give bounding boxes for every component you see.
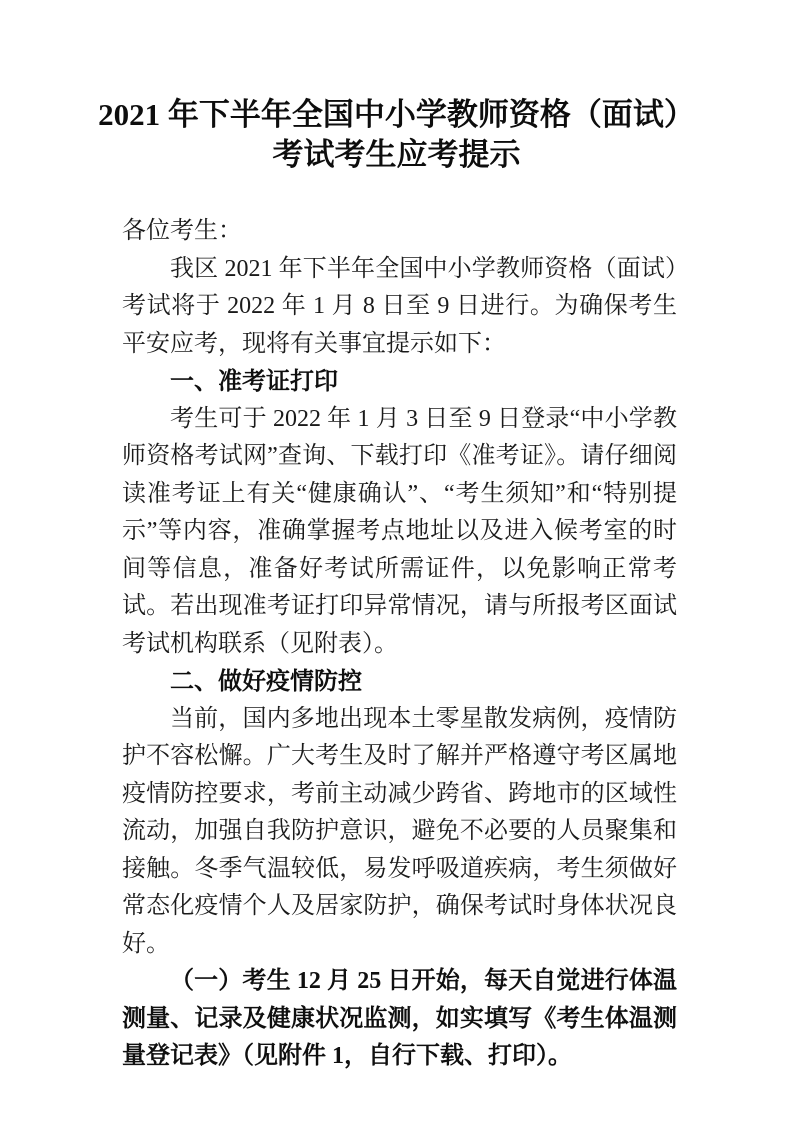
salutation: 各位考生： [122,213,677,251]
document-title-line2: 考试考生应考提示 [0,135,793,175]
section-2-paragraph-1: 当前，国内多地出现本土零星散发病例，疫情防护不容松懈。广大考生及时了解并严格遵守… [122,701,677,964]
section-1-paragraph-1: 考生可于 2022 年 1 月 3 日至 9 日登录“中小学教师资格考试网”查询… [122,401,677,664]
section-2-paragraph-2-emphasized: （一）考生 12 月 25 日开始，每天自觉进行体温测量、记录及健康状况监测，如… [122,963,677,1076]
section-heading-1: 一、准考证打印 [122,363,677,401]
document-body: 各位考生： 我区 2021 年下半年全国中小学教师资格（面试）考试将于 2022… [122,213,677,1076]
section-heading-2: 二、做好疫情防控 [122,663,677,701]
document-title: 2021 年下半年全国中小学教师资格（面试） 考试考生应考提示 [0,0,793,175]
document-title-line1: 2021 年下半年全国中小学教师资格（面试） [0,95,793,135]
intro-paragraph: 我区 2021 年下半年全国中小学教师资格（面试）考试将于 2022 年 1 月… [122,251,677,364]
document-page: 2021 年下半年全国中小学教师资格（面试） 考试考生应考提示 各位考生： 我区… [0,0,793,1122]
